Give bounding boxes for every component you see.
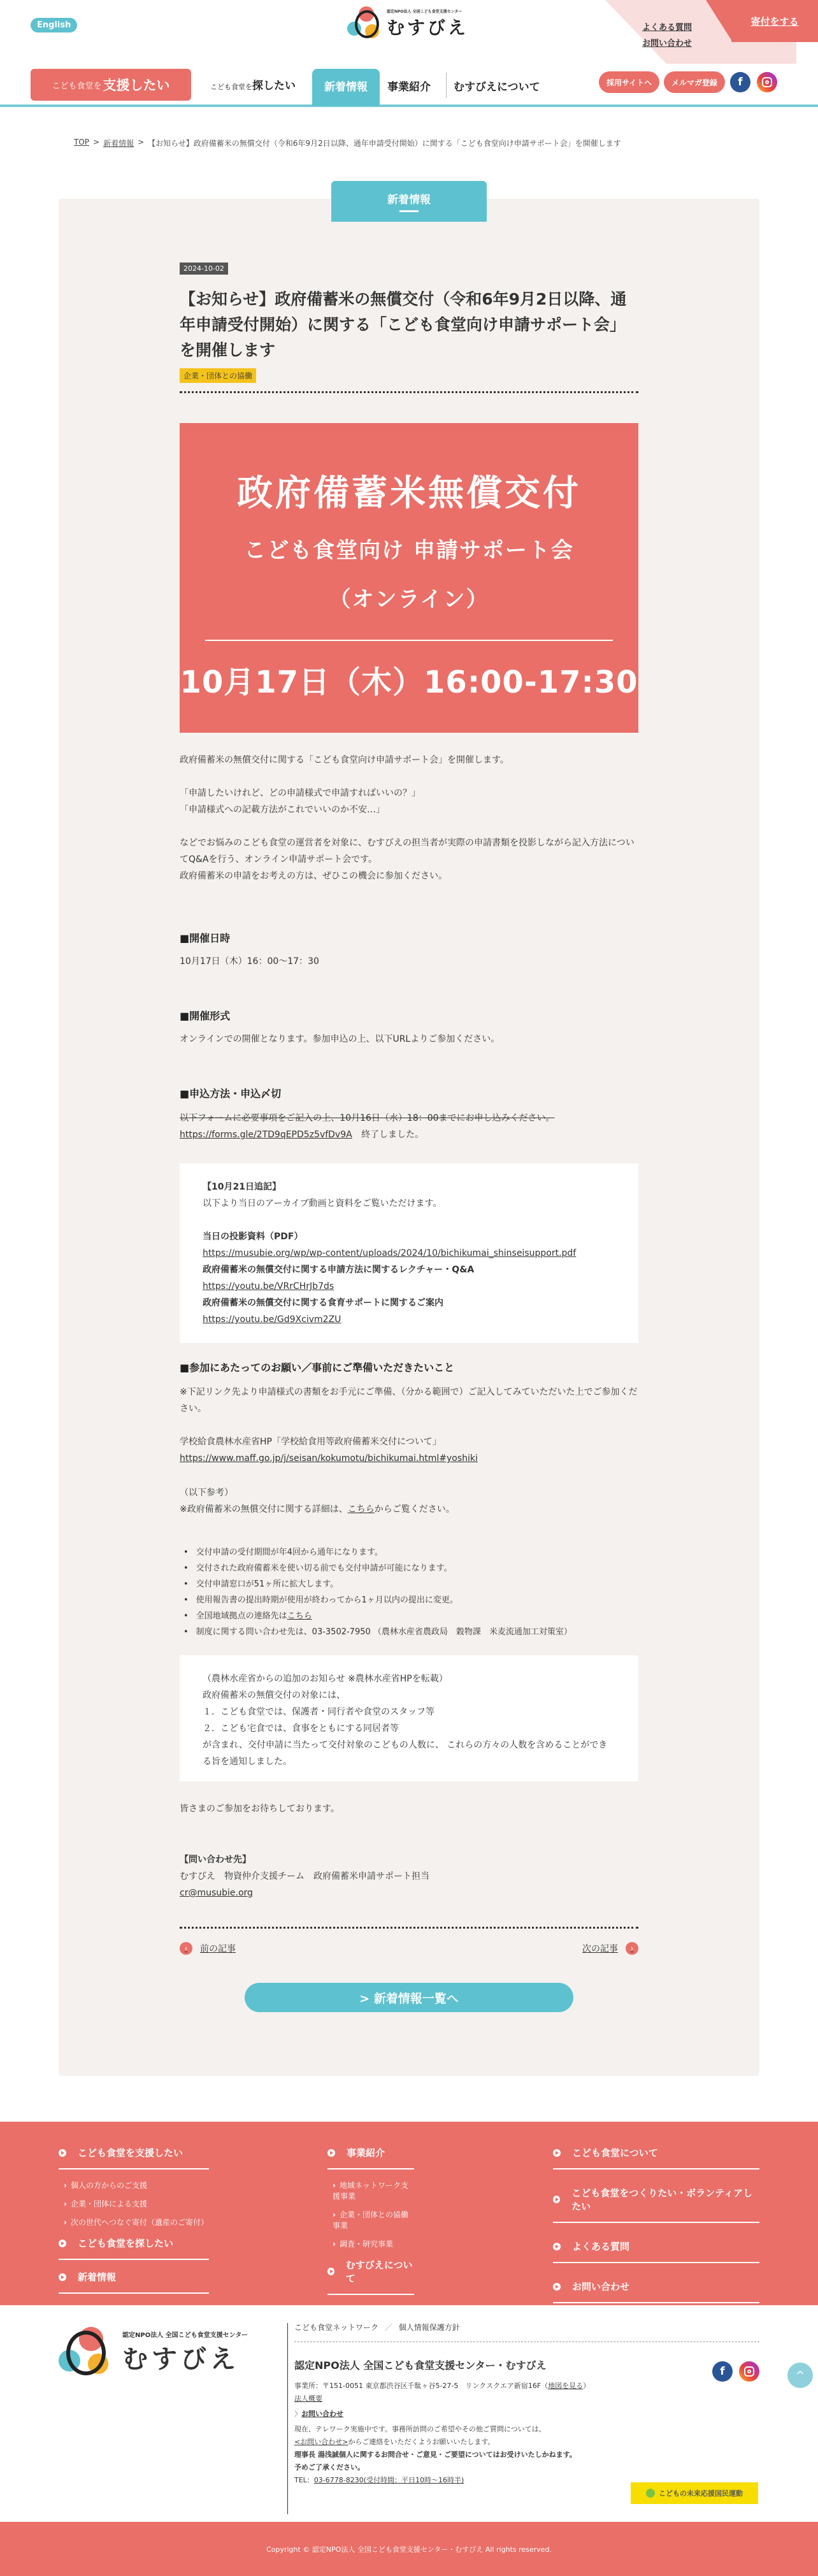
copyright: Copyright © 認定NPO法人 全国こども食堂支援センター・むすびえ A… [0, 2522, 818, 2576]
instagram-icon[interactable] [757, 72, 777, 92]
category-tag[interactable]: 企業・団体との協働 [180, 368, 256, 383]
footer-logo-name: むすびえ [122, 2339, 248, 2375]
footer-link-about-kodomo[interactable]: こども食堂について [553, 2146, 759, 2169]
back-to-top-button[interactable]: ^ [787, 2363, 813, 2388]
logo-mark-icon [347, 5, 383, 42]
contact-inline-link[interactable]: <お問い合わせ> [294, 2438, 348, 2446]
addendum-video1-link[interactable]: https://youtu.be/VRrCHrJb7ds [203, 1278, 615, 1295]
logo-name-text: むすびえ [387, 14, 468, 40]
footer-link-find[interactable]: こども食堂を探したい [59, 2236, 209, 2260]
footer-link-about[interactable]: むすびえについて [327, 2258, 414, 2295]
change-list: 交付申請の受付期間が年4回から通年になります。 交付された政府備蓄米を使い切る前… [180, 1544, 638, 1640]
nav-support-small: こども食堂を [52, 79, 101, 91]
contact-team: むすびえ 物資仲介支援チーム 政府備蓄米申請サポート担当 [180, 1868, 638, 1885]
apply-struck-text: 以下フォームに必要事項をご記入の上、10月16日（水）18：00までにお申し込み… [180, 1110, 638, 1126]
footer-facebook-icon[interactable]: f [712, 2361, 733, 2382]
article-title: 【お知らせ】政府備蓄米の無償交付（令和6年9月2日以降、通年申請受付開始）に関す… [180, 287, 638, 363]
apply-heading: ■申込方法・申込〆切 [180, 1086, 281, 1100]
contact-email-link[interactable]: cr@musubie.org [180, 1888, 253, 1898]
addendum-text: 以下より当日のアーカイブ動画と資料をご覧いただけます。 [203, 1195, 615, 1212]
format-heading: ■開催形式 [180, 1008, 230, 1023]
footer-sub-link[interactable]: 企業・団体との協働事業 [327, 2205, 414, 2234]
play-icon [553, 2283, 561, 2291]
play-icon [553, 2243, 561, 2250]
maff-notice-line: が含まれ、交付申請に当たって交付対象のこどもの人数に、 これらの方々の人数を含め… [203, 1737, 615, 1770]
footer-logo[interactable]: 認定NPO法人 全国こども食堂支援センター むすびえ [57, 2323, 248, 2382]
ref-link[interactable]: こちら [348, 1504, 375, 1515]
news-list-button[interactable]: > 新着情報一覧へ [245, 1983, 573, 2012]
intro-5: 政府備蓄米の申請をお考えの方は、ぜひこの機会に参加ください。 [180, 868, 638, 884]
maff-notice-line: １．こども食堂では、保護者・同行者や食堂のスタッフ等 [203, 1704, 615, 1720]
nav-business[interactable]: 事業紹介 [387, 78, 431, 94]
play-icon [59, 2240, 66, 2247]
closing-text: 皆さまのご参加をお待ちしております。 [180, 1801, 638, 1817]
pager-divider [180, 1927, 638, 1929]
hero-line2: こども食堂向け 申請サポート会 [244, 533, 574, 564]
english-button[interactable]: English [31, 18, 77, 32]
facebook-icon[interactable]: f [730, 72, 750, 92]
ref-label: （以下参考） [180, 1485, 638, 1501]
addendum-video2-link[interactable]: https://youtu.be/Gd9Xcivm2ZU [203, 1311, 615, 1328]
intro-2: 「申請したいけれど、どの申請様式で申請すればいいの？」 [180, 785, 638, 802]
footer-instagram-icon[interactable] [739, 2361, 759, 2382]
leaf-icon [646, 2489, 655, 2498]
footer-sub-link[interactable]: 地域ネットワーク支援事業 [327, 2176, 414, 2205]
top-links: よくある質問 お問い合わせ [642, 20, 692, 48]
ref-text: ※政府備蓄米の無償交付に関する詳細は、 [180, 1504, 348, 1515]
addendum-pdf-link[interactable]: https://musubie.org/wp/wp-content/upload… [203, 1245, 615, 1262]
hero-line4: 10月17日（木）16:00-17:30 [180, 658, 638, 702]
logo-mark-icon [57, 2323, 116, 2382]
maff-notice-heading: （農林水産省からの追加のお知らせ ※農林水産省HPを転載） [203, 1671, 615, 1687]
prev-article-link[interactable]: ‹前の記事 [180, 1942, 236, 1955]
list-item: 交付された政府備蓄米を使い切る前でも交付申請が可能になります。 [180, 1560, 638, 1576]
ref-text-after: からご覧ください。 [375, 1504, 455, 1515]
addendum-box: 【10月21日追記】 以下より当日のアーカイブ動画と資料をご覧いただけます。 当… [180, 1163, 638, 1343]
nav-support-big: 支援したい [103, 75, 170, 94]
footer-link-support[interactable]: こども食堂を支援したい [59, 2146, 209, 2169]
section-tab: 新着情報 [331, 181, 487, 222]
intro-3: 「申請様式への記載方法がこれでいいのか不安…」 [180, 802, 638, 818]
footer-contact-link[interactable]: お問い合わせ [301, 2410, 343, 2418]
maff-label: 学校給食農林水産省HP「学校給食用等政府備蓄米交付について」 [180, 1434, 638, 1450]
datetime-heading: ■開催日時 [180, 930, 230, 945]
apply-closed: 終了しました。 [361, 1130, 424, 1140]
footer-sub-link[interactable]: 企業・団体による支援 [59, 2194, 209, 2213]
footer-logo-org: 認定NPO法人 全国こども食堂支援センター [122, 2329, 248, 2339]
play-icon [553, 2149, 561, 2157]
chevron-right-icon: › [626, 1942, 638, 1955]
notice-text: 理事長 湯浅誠個人に関するお問合せ・ご意見・ご要望についてはお受けいたしかねます… [294, 2449, 759, 2461]
footer-link-contact[interactable]: お問い合わせ [553, 2280, 759, 2303]
datetime-value: 10月17日（木）16：00〜17：30 [180, 953, 638, 970]
list-item: 交付申請窓口が51ヶ所に拡大します。 [180, 1576, 638, 1592]
footer-link-faq[interactable]: よくある質問 [553, 2240, 759, 2263]
nav-separator [446, 73, 447, 98]
addendum-video2-label: 政府備蓄米の無償交付に関する食育サポートに関するご案内 [203, 1295, 615, 1311]
nav-find-small: こども食堂を [210, 82, 252, 92]
prep-heading: ■参加にあたってのお願い／事前にご準備いただきたいこと [180, 1360, 454, 1374]
contact-heading: 【問い合わせ先】 [180, 1852, 638, 1868]
overview-link[interactable]: 法人概要 [294, 2394, 322, 2403]
list-item: 使用報告書の提出時期が使用が終わってから1ヶ月以内の提出に変更。 [180, 1592, 638, 1608]
apply-form-link[interactable]: https://forms.gle/2TD9qEPD5z5vfDv9A [180, 1130, 352, 1140]
format-value: オンラインでの開催となります。参加申込の上、以下URLよりご参加ください。 [180, 1031, 638, 1047]
play-icon [59, 2273, 66, 2281]
intro-1: 政府備蓄米の無償交付に関する「こども食堂向け申請サポート会」を開催します。 [180, 752, 638, 768]
main-nav: こども食堂を 支援したい こども食堂を 探したい 新着情報 事業紹介 むすびえに… [0, 69, 818, 106]
prep-note: ※下記リンク先より申請様式の書類をお手元にご準備、（分かる範囲で）ご記入してみて… [180, 1384, 638, 1417]
footer-sub-link[interactable]: 調査・研究事業 [327, 2234, 414, 2253]
pager: ‹前の記事 次の記事› [180, 1942, 638, 1955]
telework-text: 現在、テレワーク実施中です。事務所訪問のご希望やその他ご質問については、 [294, 2423, 759, 2436]
nav-news-active[interactable]: 新着情報 [312, 69, 380, 106]
play-icon [327, 2149, 335, 2157]
play-icon [327, 2268, 334, 2275]
footer-col-3: こども食堂について こども食堂をつくりたい・ボランティアしたい よくある質問 お… [553, 2146, 759, 2310]
donate-button[interactable]: 寄付をする [731, 0, 818, 42]
maff-notice-line: 政府備蓄米の無償交付の対象には、 [203, 1687, 615, 1704]
newsletter-button[interactable]: メルマガ登録 [664, 71, 725, 93]
footer-link-volunteer[interactable]: こども食堂をつくりたい・ボランティアしたい [553, 2186, 759, 2223]
play-icon [59, 2149, 66, 2157]
kodomo-mirai-banner[interactable]: こどもの未来応援国民運動 [631, 2482, 758, 2504]
title-divider [180, 391, 638, 393]
tel-link[interactable]: 03-6778-8230(受付時間：平日10時〜16時半) [314, 2476, 464, 2484]
list-item: 全国地域拠点の連絡先はこちら [180, 1608, 638, 1624]
addendum-video1-label: 政府備蓄米の無償交付に関する申請方法に関するレクチャー・Q&A [203, 1262, 615, 1278]
maff-notice-box: （農林水産省からの追加のお知らせ ※農林水産省HPを転載） 政府備蓄米の無償交付… [180, 1655, 638, 1781]
recruit-button[interactable]: 採用サイトへ [599, 71, 659, 93]
footer-divider [287, 2323, 288, 2514]
section-tab-label: 新着情報 [387, 191, 431, 206]
faq-link[interactable]: よくある質問 [642, 20, 692, 32]
footer-sub-link[interactable]: 個人の方からのご支援 [59, 2176, 209, 2194]
footer-org-name: 認定NPO法人 全国こども食堂支援センター・むすびえ [294, 2357, 759, 2372]
footer-col-1: こども食堂を支援したい 個人の方からのご支援 企業・団体による支援 次の世代へつ… [59, 2146, 209, 2300]
play-icon [553, 2196, 560, 2203]
maff-link[interactable]: https://www.maff.go.jp/j/seisan/kokumotu… [180, 1453, 478, 1464]
hero-line3: （オンライン） [329, 582, 489, 613]
maff-notice-line: ２．こども宅食では、食事をともにする同居者等 [203, 1720, 615, 1737]
privacy-link[interactable]: 個人情報保護方針 [399, 2323, 460, 2332]
logo-org-text: 認定NPO法人 全国こども食堂支援センター [387, 8, 468, 14]
breadcrumb: TOP > 新着情報 > 【お知らせ】政府備蓄米の無償交付（令和6年9月2日以降… [74, 138, 621, 148]
site-header: English 認定NPO法人 全国こども食堂支援センター むすびえ よくある質… [0, 0, 818, 108]
breadcrumb-news[interactable]: 新着情報 [103, 138, 134, 148]
chevron-left-icon: ‹ [180, 1942, 192, 1955]
nav-find[interactable]: こども食堂を 探したい [210, 76, 296, 92]
breadcrumb-separator: > [93, 138, 99, 148]
network-link[interactable]: こども食堂ネットワーク [294, 2323, 378, 2332]
notice-text-2: 予めご了承ください。 [294, 2461, 759, 2474]
footer-nav: こども食堂を支援したい 個人の方からのご支援 企業・団体による支援 次の世代へつ… [0, 2122, 818, 2305]
footer-sub-link[interactable]: 次の世代へつなぐ寄付（遺産のご寄付） [59, 2213, 209, 2231]
regional-contact-link[interactable]: こちら [287, 1611, 312, 1621]
footer-link-business[interactable]: 事業紹介 [327, 2146, 414, 2169]
footer-link-news[interactable]: 新着情報 [59, 2270, 209, 2294]
article-date: 2024-10-02 [180, 263, 228, 275]
site-logo[interactable]: 認定NPO法人 全国こども食堂支援センター むすびえ [347, 5, 468, 42]
list-item: 交付申請の受付期間が年4回から通年になります。 [180, 1544, 638, 1560]
footer-address: 事業所：〒151-0051 東京都渋谷区千駄ヶ谷5-27-5 リンクスクエア新宿… [294, 2382, 548, 2390]
nav-find-big: 探したい [252, 76, 296, 92]
nav-about[interactable]: むすびえについて [454, 78, 540, 94]
next-article-link[interactable]: 次の記事› [582, 1942, 638, 1955]
nav-underline [0, 104, 818, 107]
hero-line1: 政府備蓄米無償交付 [237, 465, 581, 516]
footer-links: こども食堂ネットワーク ／ 個人情報保護方針 [294, 2305, 759, 2342]
intro-4: などでお悩みのこども食堂の運営者を対象に、むすびえの担当者が実際の申請書類を投影… [180, 835, 638, 868]
list-item: 制度に関する問い合わせ先は、03-3502-7950 （農林水産省農政局 穀物課… [180, 1624, 638, 1640]
breadcrumb-separator: > [138, 138, 144, 148]
breadcrumb-current: 【お知らせ】政府備蓄米の無償交付（令和6年9月2日以降、通年申請受付開始）に関す… [148, 138, 621, 148]
map-link[interactable]: 地図を見る [548, 2382, 583, 2390]
addendum-heading: 【10月21日追記】 [203, 1179, 615, 1195]
addendum-pdf-label: 当日の投影資料（PDF） [203, 1228, 615, 1245]
breadcrumb-top[interactable]: TOP [74, 138, 89, 148]
contact-link[interactable]: お問い合わせ [642, 36, 692, 48]
nav-support[interactable]: こども食堂を 支援したい [31, 69, 191, 101]
hero-banner: 政府備蓄米無償交付 こども食堂向け 申請サポート会 （オンライン） 10月17日… [180, 423, 638, 733]
footer-col-2: 事業紹介 地域ネットワーク支援事業 企業・団体との協働事業 調査・研究事業 むす… [327, 2146, 414, 2301]
